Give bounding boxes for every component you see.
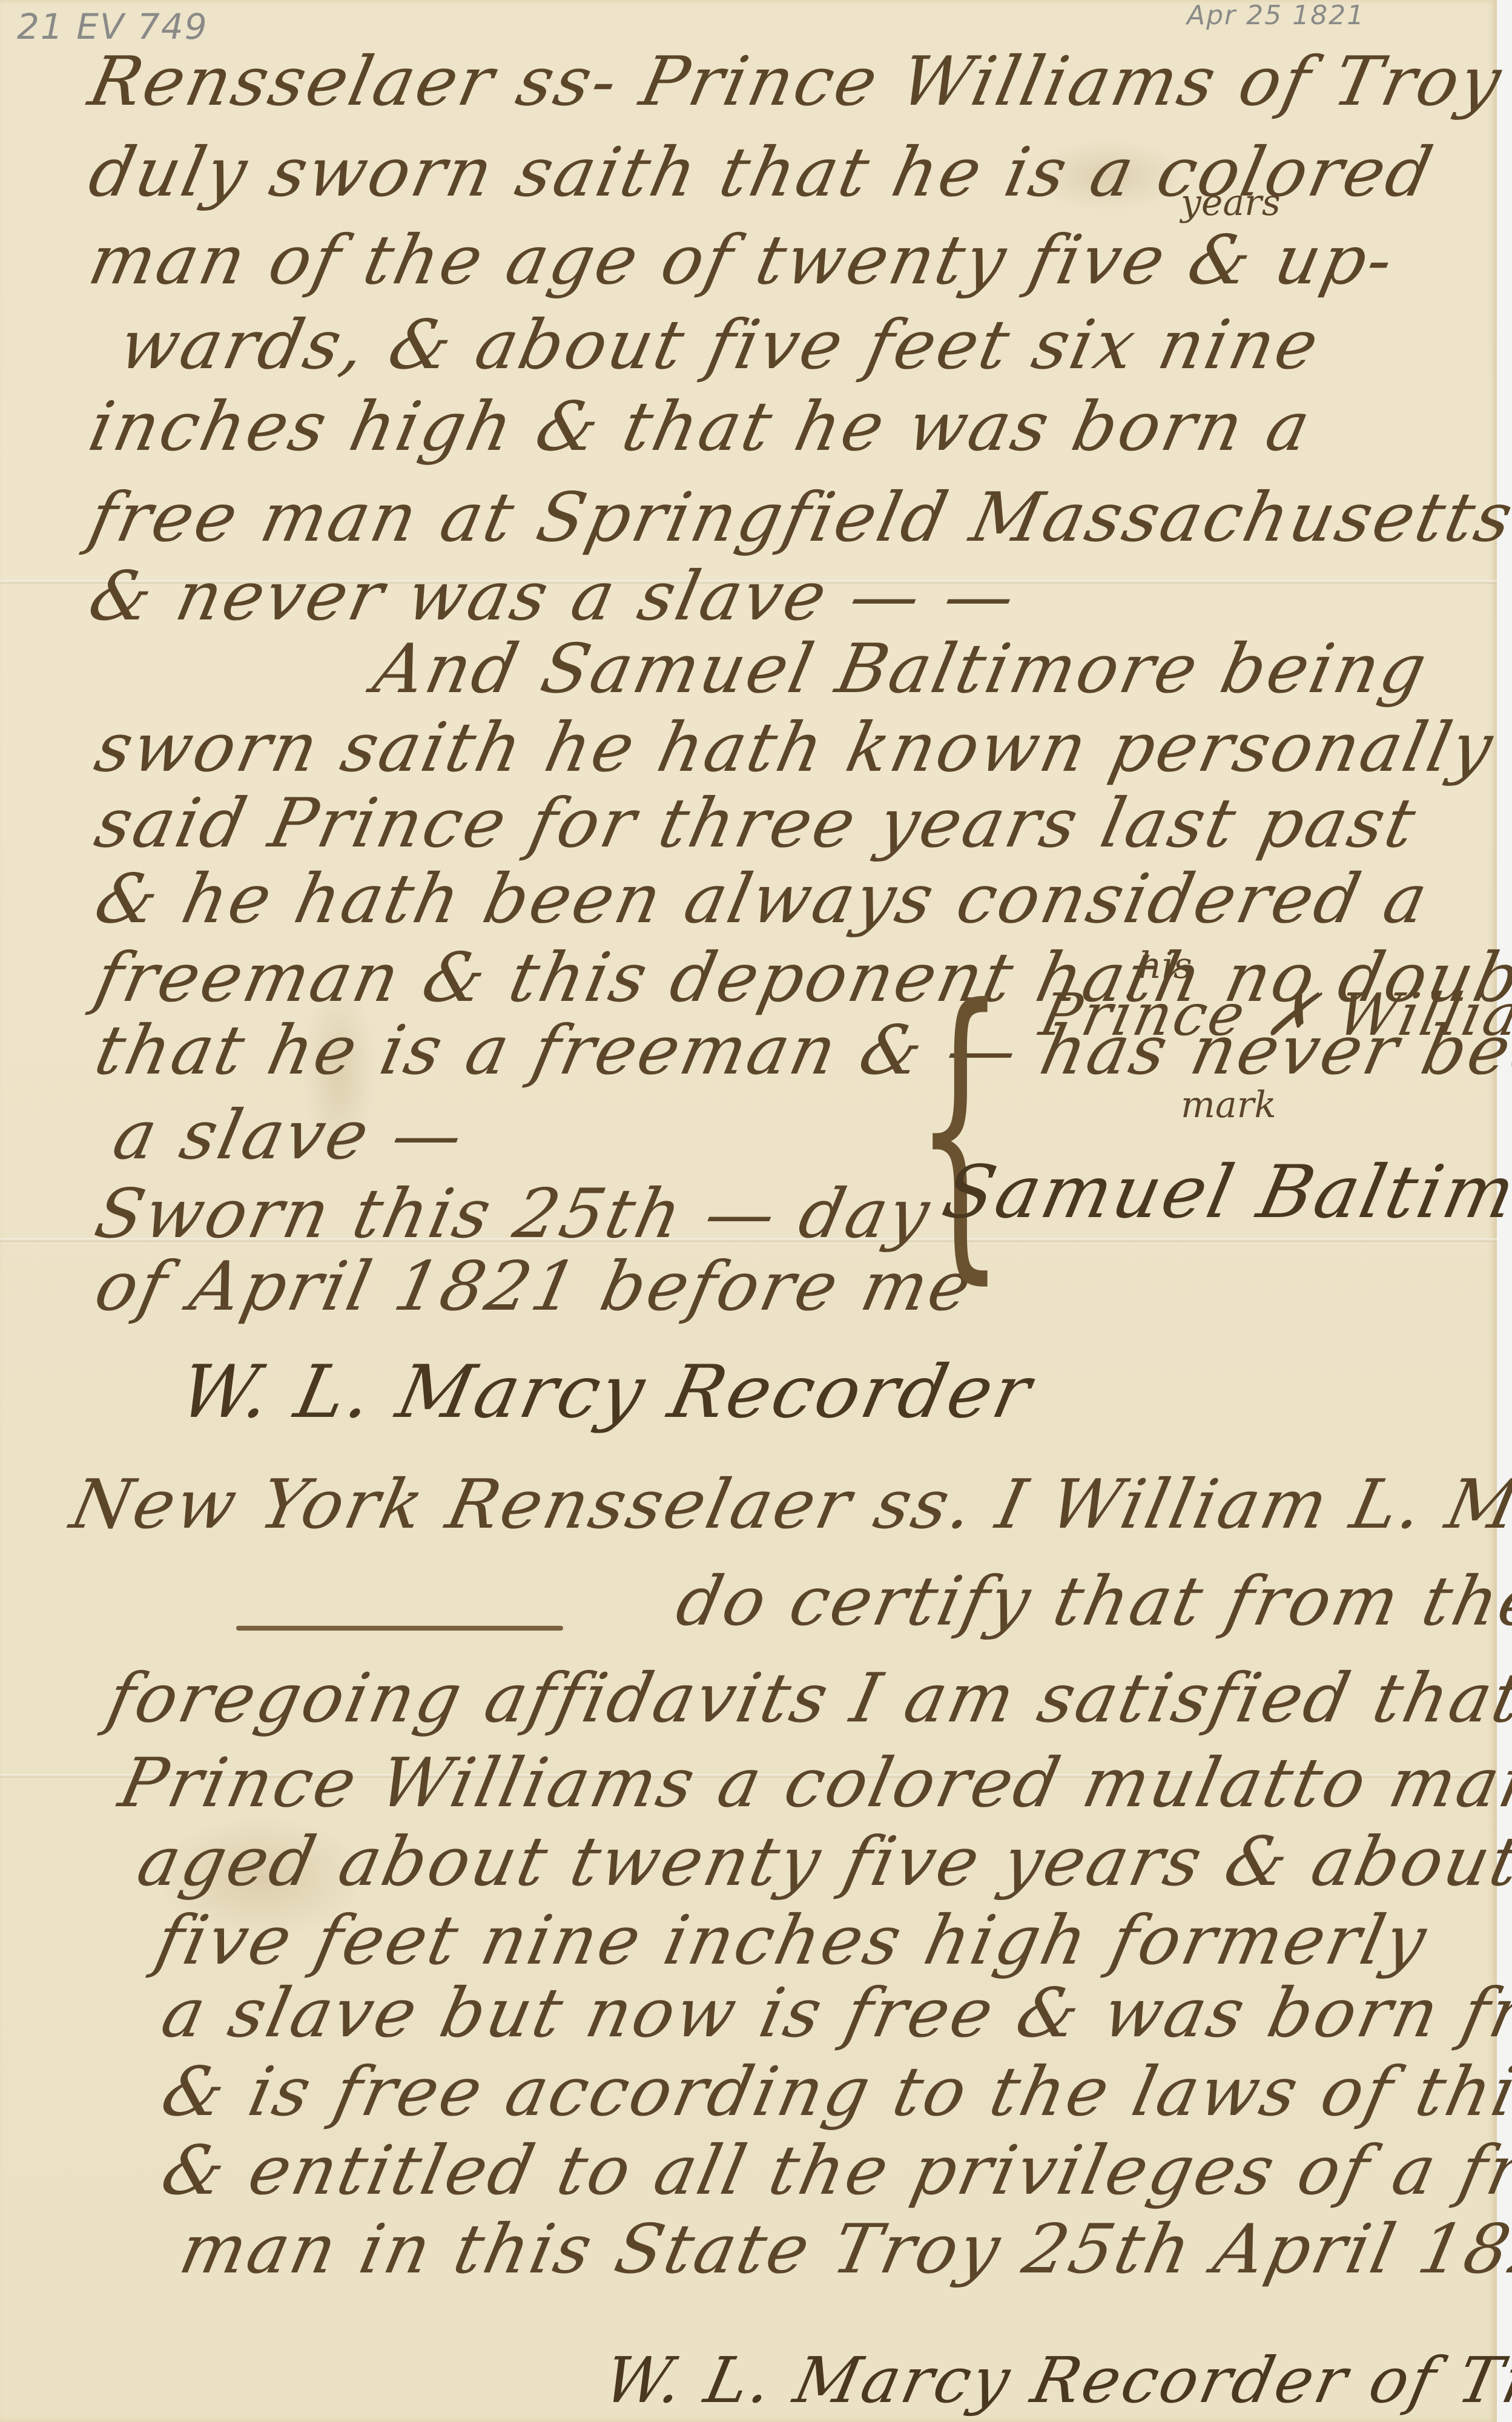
affidavit-line: And Samuel Baltimore being	[367, 630, 1435, 708]
affidavit-line: man of the age of twenty five & up-	[82, 221, 1402, 300]
certificate-line: New York Rensselaer ss. I William L. Mar…	[64, 1465, 1512, 1544]
jurat-line: Sworn this 25th — day	[88, 1175, 939, 1253]
certificate-line: do certify that from the	[670, 1562, 1512, 1641]
certificate-line: & is free according to the laws of this …	[155, 2053, 1512, 2131]
samuel-baltimore-signature: Samuel Baltimore	[936, 1150, 1512, 1235]
certificate-line: & entitled to all the privileges of a fr…	[155, 2131, 1512, 2210]
affidavit-line: said Prince for three years last past	[88, 784, 1424, 863]
jurat-line: of April 1821 before me	[88, 1247, 980, 1326]
certificate-line: five feet nine inches high formerly	[149, 1901, 1435, 1980]
recorder-signature: W. L. Marcy Recorder	[173, 1350, 1040, 1434]
affidavit-line: a slave —	[107, 1096, 472, 1175]
affidavit-line: inches high & that he was born a	[82, 388, 1319, 466]
interlineation: years	[1181, 182, 1281, 224]
certificate-signature: W. L. Marcy Recorder of Troy	[598, 2343, 1512, 2417]
prince-williams-signature: Prince ✗ Williams	[1034, 981, 1512, 1049]
archival-mark-left: 21 EV 749	[17, 6, 208, 47]
affidavit-line: sworn saith he hath known personally	[88, 708, 1501, 787]
mark-label: mark	[1181, 1084, 1276, 1126]
affidavit-line: Rensselaer ss- Prince Williams of Troy b…	[82, 42, 1512, 121]
certificate-line: Prince Williams a colored mulatto man	[113, 1744, 1512, 1823]
affidavit-line: wards, & about five feet six nine	[113, 306, 1327, 384]
affidavit-line: & never was a slave — —	[82, 557, 1024, 636]
affidavit-line: free man at Springfield Massachusetts	[82, 478, 1512, 557]
document-paper: 21 EV 749 Apr 25 1821 Rensselaer ss- Pri…	[0, 0, 1497, 2422]
certificate-line: aged about twenty five years & about	[131, 1823, 1512, 1901]
certificate-line: a slave but now is free & was born free	[155, 1974, 1512, 2053]
certificate-line: foregoing affidavits I am satisfied that	[101, 1659, 1512, 1738]
archival-mark-date: Apr 25 1821	[1187, 0, 1365, 31]
flourish-rule	[236, 1626, 563, 1631]
affidavit-line: & he hath been always considered a	[88, 860, 1436, 939]
brace-glyph: {	[915, 969, 1005, 1284]
certificate-line: man in this State Troy 25th April 1821.	[173, 2210, 1512, 2289]
